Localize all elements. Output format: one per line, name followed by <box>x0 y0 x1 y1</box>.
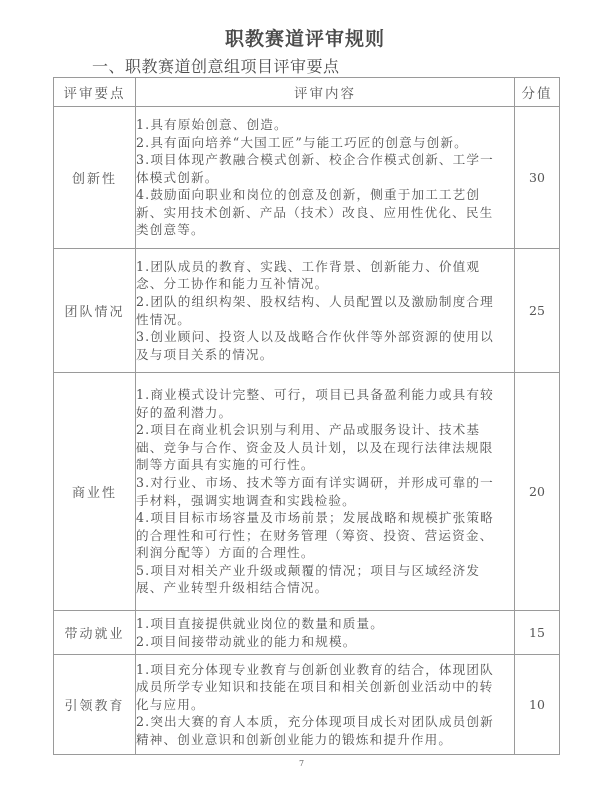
criterion-cell: 引领教育 <box>54 655 136 755</box>
content-line: 3.创业顾问、投资人以及战略合作伙伴等外部资源的使用以 <box>136 328 514 346</box>
content-line: 2.团队的组织构架、股权结构、人员配置以及激励制度合理 <box>136 293 514 311</box>
content-line: 3.对行业、市场、技术等方面有详实调研，并形成可靠的一 <box>136 474 514 492</box>
header-criterion: 评审要点 <box>54 78 136 107</box>
content-line: 1.团队成员的教育、实践、工作背景、创新能力、价值观 <box>136 258 514 276</box>
criterion-cell: 商业性 <box>54 373 136 611</box>
content-line: 4.项目目标市场容量及市场前景；发展战略和规模扩张策略 <box>136 509 514 527</box>
score-cell: 25 <box>515 249 560 373</box>
section-heading: 一、职教赛道创意组项目评审要点 <box>92 54 340 77</box>
score-cell: 20 <box>515 373 560 611</box>
evaluation-table: 评审要点 评审内容 分值 创新性 1.具有原始创意、创造。 2.具有面向培养“大… <box>53 77 560 755</box>
content-line: 2.具有面向培养“大国工匠”与能工巧匠的创意与创新。 <box>136 134 514 152</box>
content-line: 及与项目关系的情况。 <box>136 346 514 364</box>
content-cell: 1.具有原始创意、创造。 2.具有面向培养“大国工匠”与能工巧匠的创意与创新。 … <box>136 107 515 249</box>
content-line: 制等方面具有实施的可行性。 <box>136 456 514 474</box>
content-line: 2.突出大赛的育人本质，充分体现项目成长对团队成员创新 <box>136 713 514 731</box>
content-line: 5.项目对相关产业升级或颠覆的情况；项目与区域经济发 <box>136 562 514 580</box>
header-content: 评审内容 <box>136 78 515 107</box>
page-number: 7 <box>299 759 304 768</box>
content-line: 手材料，强调实地调查和实践检验。 <box>136 492 514 510</box>
content-line: 展、产业转型升级相结合情况。 <box>136 579 514 597</box>
content-cell: 1.商业模式设计完整、可行，项目已具备盈利能力或具有较 好的盈利潜力。 2.项目… <box>136 373 515 611</box>
table-header-row: 评审要点 评审内容 分值 <box>54 78 560 107</box>
content-line: 3.项目体现产教融合模式创新、校企合作模式创新、工学一 <box>136 151 514 169</box>
content-line: 化与应用。 <box>136 696 514 714</box>
content-line: 性情况。 <box>136 311 514 329</box>
table-row: 团队情况 1.团队成员的教育、实践、工作背景、创新能力、价值观 念、分工协作和能… <box>54 249 560 373</box>
content-line: 新、实用技术创新、产品（技术）改良、应用性优化、民生 <box>136 204 514 222</box>
score-cell: 30 <box>515 107 560 249</box>
content-line: 体模式创新。 <box>136 169 514 187</box>
content-line: 4.鼓励面向职业和岗位的创意及创新，侧重于加工工艺创 <box>136 186 514 204</box>
content-line: 好的盈利潜力。 <box>136 404 514 422</box>
content-line: 利润分配等）方面的合理性。 <box>136 544 514 562</box>
content-line: 2.项目间接带动就业的能力和规模。 <box>136 633 514 651</box>
content-line: 1.商业模式设计完整、可行，项目已具备盈利能力或具有较 <box>136 386 514 404</box>
content-line: 1.项目直接提供就业岗位的数量和质量。 <box>136 615 514 633</box>
content-line: 类创意等。 <box>136 221 514 239</box>
document-title: 职教赛道评审规则 <box>0 24 600 51</box>
content-line: 2.项目在商业机会识别与利用、产品或服务设计、技术基 <box>136 421 514 439</box>
content-cell: 1.项目直接提供就业岗位的数量和质量。 2.项目间接带动就业的能力和规模。 <box>136 611 515 655</box>
table-row: 引领教育 1.项目充分体现专业教育与创新创业教育的结合，体现团队 成员所学专业知… <box>54 655 560 755</box>
header-score: 分值 <box>515 78 560 107</box>
content-line: 1.具有原始创意、创造。 <box>136 116 514 134</box>
content-line: 1.项目充分体现专业教育与创新创业教育的结合，体现团队 <box>136 661 514 679</box>
content-line: 成员所学专业知识和技能在项目和相关创新创业活动中的转 <box>136 678 514 696</box>
criterion-cell: 带动就业 <box>54 611 136 655</box>
table-row: 创新性 1.具有原始创意、创造。 2.具有面向培养“大国工匠”与能工巧匠的创意与… <box>54 107 560 249</box>
table-row: 带动就业 1.项目直接提供就业岗位的数量和质量。 2.项目间接带动就业的能力和规… <box>54 611 560 655</box>
criterion-cell: 团队情况 <box>54 249 136 373</box>
content-line: 精神、创业意识和创新创业能力的锻炼和提升作用。 <box>136 731 514 749</box>
content-line: 念、分工协作和能力互补情况。 <box>136 275 514 293</box>
content-line: 的合理性和可行性；在财务管理（筹资、投资、营运资金、 <box>136 527 514 545</box>
score-cell: 10 <box>515 655 560 755</box>
content-cell: 1.项目充分体现专业教育与创新创业教育的结合，体现团队 成员所学专业知识和技能在… <box>136 655 515 755</box>
content-cell: 1.团队成员的教育、实践、工作背景、创新能力、价值观 念、分工协作和能力互补情况… <box>136 249 515 373</box>
table-row: 商业性 1.商业模式设计完整、可行，项目已具备盈利能力或具有较 好的盈利潜力。 … <box>54 373 560 611</box>
criterion-cell: 创新性 <box>54 107 136 249</box>
score-cell: 15 <box>515 611 560 655</box>
content-line: 础、竞争与合作、资金及人员计划，以及在现行法律法规限 <box>136 439 514 457</box>
